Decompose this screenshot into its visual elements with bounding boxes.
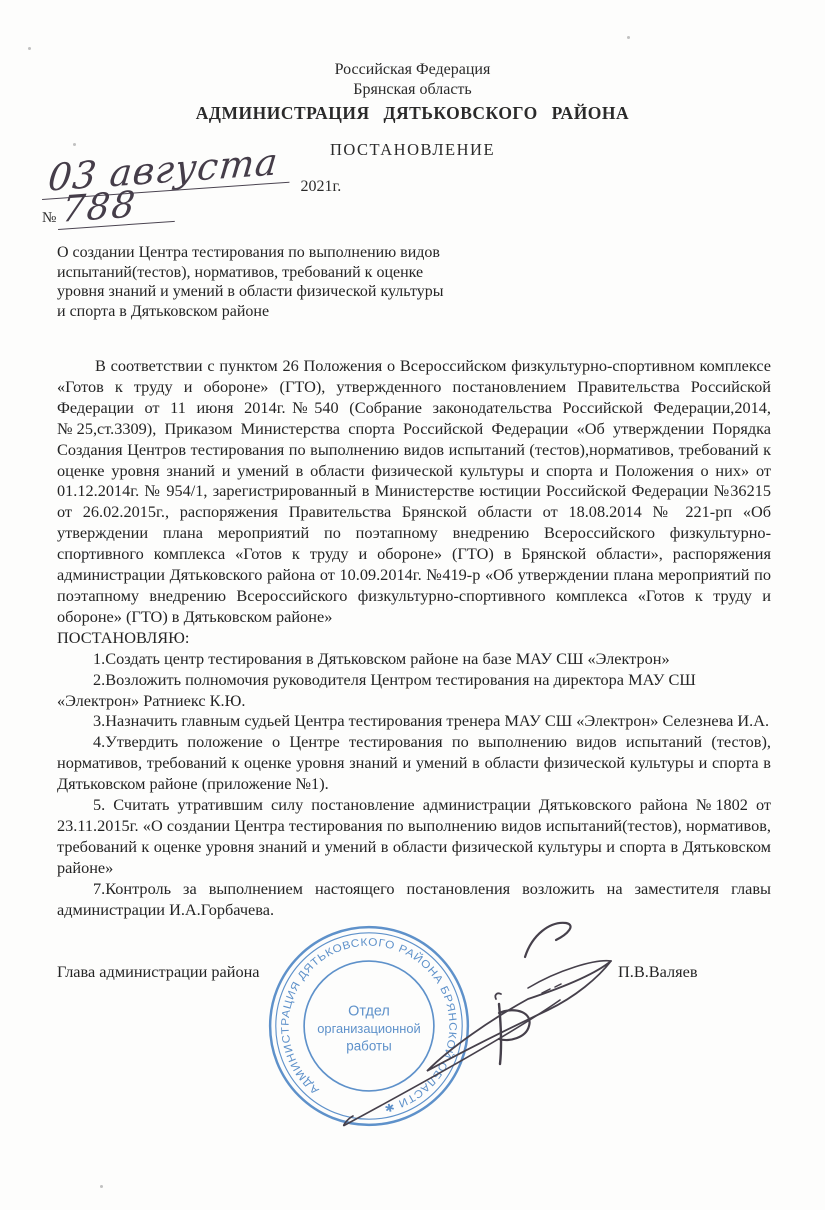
document-header: Российская Федерация Брянская область АД… [0,60,825,125]
date-number-block: 03 августа 2021г. № 788 [42,160,341,230]
date-year: 2021г. [300,178,341,196]
number-line: № 788 [42,194,341,230]
resolution-item-3: 3.Назначить главным судьей Центра тестир… [57,711,771,732]
body-text: В соответствии с пунктом 26 Положения о … [57,356,771,920]
scan-speck [73,143,76,146]
scan-speck [627,36,630,39]
scan-speck [100,1185,103,1188]
signer-position: Глава администрации района [57,962,260,982]
document-page: Российская Федерация Брянская область АД… [0,0,825,1210]
header-country: Российская Федерация [0,60,825,80]
number-label: № [42,210,56,227]
resolve-word: ПОСТАНОВЛЯЮ: [57,628,771,649]
resolution-item-5: 5. Считать утратившим силу постановление… [57,795,771,879]
resolution-item-2: 2.Возложить полномочия руководителя Цент… [57,670,771,712]
header-region: Брянская область [0,80,825,100]
resolution-item-4: 4.Утвердить положение о Центре тестирова… [57,732,771,795]
preamble-paragraph: В соответствии с пунктом 26 Положения о … [57,356,771,628]
scan-speck [28,47,31,50]
resolution-item-1: 1.Создать центр тестирования в Дятьковск… [57,649,771,670]
handwritten-signature [330,895,630,1145]
handwritten-number: 788 [58,186,178,230]
subject-block: О создании Центра тестирования по выполн… [57,243,447,321]
header-organization: АДМИНИСТРАЦИЯ ДЯТЬКОВСКОГО РАЙОНА [0,101,825,125]
